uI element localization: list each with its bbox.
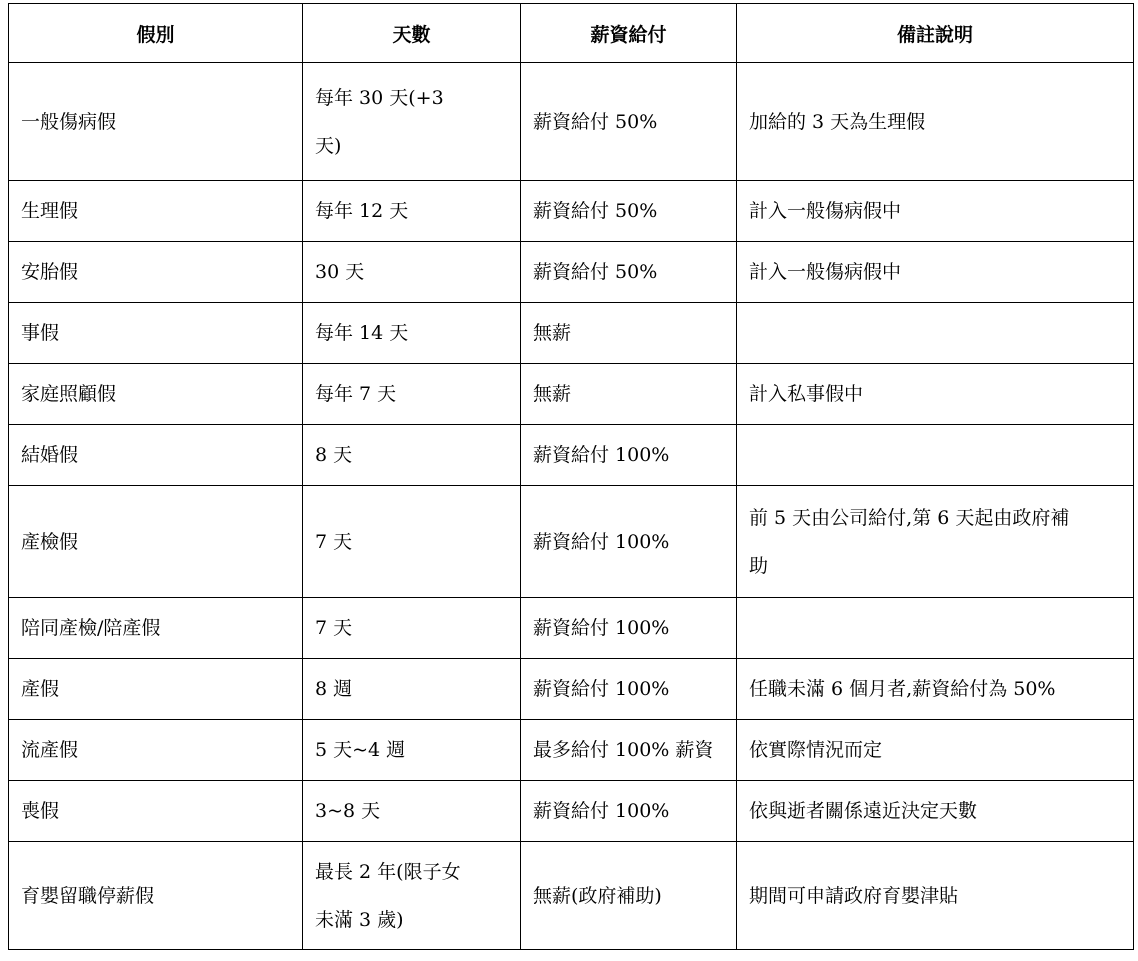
pay-cell: 薪資給付 50% — [521, 181, 737, 242]
table-row: 陪同產檢/陪產假 7 天 薪資給付 100% — [9, 598, 1134, 659]
leave-type-cell: 流產假 — [9, 720, 303, 781]
leave-type-cell: 育嬰留職停薪假 — [9, 842, 303, 950]
note-cell: 任職未滿 6 個月者,薪資給付為 50% — [737, 659, 1134, 720]
leave-type-cell: 產檢假 — [9, 486, 303, 598]
table-row: 事假 每年 14 天 無薪 — [9, 303, 1134, 364]
header-note: 備註說明 — [737, 4, 1134, 63]
pay-cell: 無薪 — [521, 364, 737, 425]
header-days: 天數 — [303, 4, 521, 63]
leave-type-cell: 事假 — [9, 303, 303, 364]
table-row: 安胎假 30 天 薪資給付 50% 計入一般傷病假中 — [9, 242, 1134, 303]
table-row: 家庭照顧假 每年 7 天 無薪 計入私事假中 — [9, 364, 1134, 425]
note-cell: 計入一般傷病假中 — [737, 242, 1134, 303]
pay-cell: 最多給付 100% 薪資 — [521, 720, 737, 781]
table-header-row: 假別 天數 薪資給付 備註說明 — [9, 4, 1134, 63]
table-row: 一般傷病假 每年 30 天(+3 天) 薪資給付 50% 加給的 3 天為生理假 — [9, 63, 1134, 181]
note-cell: 期間可申請政府育嬰津貼 — [737, 842, 1134, 950]
days-cell: 8 週 — [303, 659, 521, 720]
pay-cell: 薪資給付 100% — [521, 781, 737, 842]
table-row: 結婚假 8 天 薪資給付 100% — [9, 425, 1134, 486]
table-row: 生理假 每年 12 天 薪資給付 50% 計入一般傷病假中 — [9, 181, 1134, 242]
days-cell: 7 天 — [303, 486, 521, 598]
table-row: 育嬰留職停薪假 最長 2 年(限子女 未滿 3 歲) 無薪(政府補助) 期間可申… — [9, 842, 1134, 950]
days-cell: 每年 12 天 — [303, 181, 521, 242]
days-cell: 最長 2 年(限子女 未滿 3 歲) — [303, 842, 521, 950]
pay-cell: 薪資給付 50% — [521, 63, 737, 181]
note-cell — [737, 598, 1134, 659]
note-cell: 計入一般傷病假中 — [737, 181, 1134, 242]
leave-type-cell: 安胎假 — [9, 242, 303, 303]
pay-cell: 無薪 — [521, 303, 737, 364]
leave-type-cell: 家庭照顧假 — [9, 364, 303, 425]
leave-type-cell: 產假 — [9, 659, 303, 720]
note-cell: 前 5 天由公司給付,第 6 天起由政府補 助 — [737, 486, 1134, 598]
pay-cell: 薪資給付 100% — [521, 425, 737, 486]
leave-type-cell: 結婚假 — [9, 425, 303, 486]
table-row: 喪假 3~8 天 薪資給付 100% 依與逝者關係遠近決定天數 — [9, 781, 1134, 842]
table-row: 流產假 5 天~4 週 最多給付 100% 薪資 依實際情況而定 — [9, 720, 1134, 781]
days-cell: 3~8 天 — [303, 781, 521, 842]
table-row: 產假 8 週 薪資給付 100% 任職未滿 6 個月者,薪資給付為 50% — [9, 659, 1134, 720]
note-cell — [737, 425, 1134, 486]
pay-cell: 無薪(政府補助) — [521, 842, 737, 950]
days-cell: 每年 30 天(+3 天) — [303, 63, 521, 181]
pay-cell: 薪資給付 100% — [521, 598, 737, 659]
pay-cell: 薪資給付 100% — [521, 486, 737, 598]
days-cell: 30 天 — [303, 242, 521, 303]
note-cell — [737, 303, 1134, 364]
table-row: 產檢假 7 天 薪資給付 100% 前 5 天由公司給付,第 6 天起由政府補 … — [9, 486, 1134, 598]
days-cell: 7 天 — [303, 598, 521, 659]
note-cell: 依與逝者關係遠近決定天數 — [737, 781, 1134, 842]
days-cell: 每年 14 天 — [303, 303, 521, 364]
days-cell: 5 天~4 週 — [303, 720, 521, 781]
header-leave-type: 假別 — [9, 4, 303, 63]
days-cell: 8 天 — [303, 425, 521, 486]
note-cell: 依實際情況而定 — [737, 720, 1134, 781]
leave-policy-table: 假別 天數 薪資給付 備註說明 一般傷病假 每年 30 天(+3 天) 薪資給付… — [8, 3, 1134, 950]
note-cell: 計入私事假中 — [737, 364, 1134, 425]
leave-type-cell: 陪同產檢/陪產假 — [9, 598, 303, 659]
pay-cell: 薪資給付 100% — [521, 659, 737, 720]
leave-type-cell: 喪假 — [9, 781, 303, 842]
leave-type-cell: 生理假 — [9, 181, 303, 242]
header-pay: 薪資給付 — [521, 4, 737, 63]
note-cell: 加給的 3 天為生理假 — [737, 63, 1134, 181]
days-cell: 每年 7 天 — [303, 364, 521, 425]
pay-cell: 薪資給付 50% — [521, 242, 737, 303]
leave-type-cell: 一般傷病假 — [9, 63, 303, 181]
